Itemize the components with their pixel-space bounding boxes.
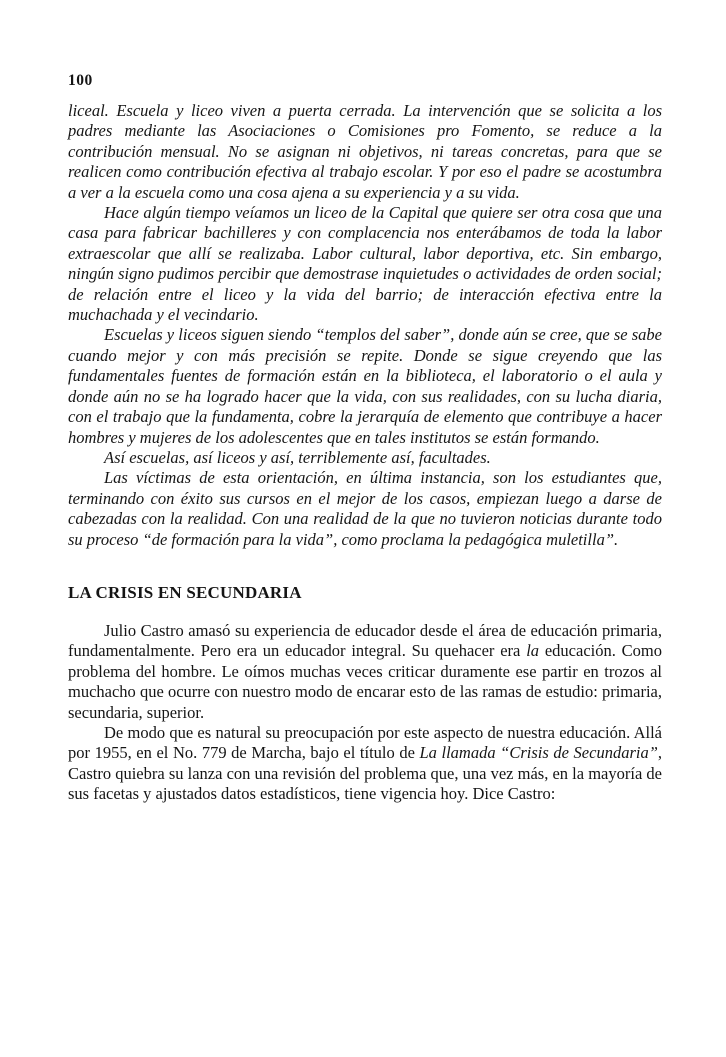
text-segment: Así escuelas, así liceos y así, terrible… — [104, 448, 491, 467]
italic-text-segment: la — [526, 641, 539, 660]
paragraph: liceal. Escuela y liceo viven a puerta c… — [68, 101, 662, 203]
paragraph: Así escuelas, así liceos y así, terrible… — [68, 448, 662, 468]
text-segment: Las víctimas de esta orientación, en últ… — [68, 468, 662, 548]
paragraph: De modo que es natural su preocupación p… — [68, 723, 662, 805]
section-body: Julio Castro amasó su experiencia de edu… — [68, 621, 662, 805]
italic-text-segment: La llamada “Crisis de Secundaria” — [420, 743, 658, 762]
paragraph: Las víctimas de esta orientación, en últ… — [68, 468, 662, 550]
paragraph: Julio Castro amasó su experiencia de edu… — [68, 621, 662, 723]
paragraph: Escuelas y liceos siguen siendo “templos… — [68, 325, 662, 447]
paragraph: Hace algún tiempo veíamos un liceo de la… — [68, 203, 662, 325]
text-segment: Hace algún tiempo veíamos un liceo de la… — [68, 203, 662, 324]
text-segment: liceal. Escuela y liceo viven a puerta c… — [68, 101, 662, 202]
section-heading: LA CRISIS EN SECUNDARIA — [68, 582, 662, 604]
document-page: 100 liceal. Escuela y liceo viven a puer… — [68, 0, 662, 805]
page-number: 100 — [68, 71, 662, 91]
quote-block: liceal. Escuela y liceo viven a puerta c… — [68, 101, 662, 550]
text-segment: Escuelas y liceos siguen siendo “templos… — [68, 325, 662, 446]
